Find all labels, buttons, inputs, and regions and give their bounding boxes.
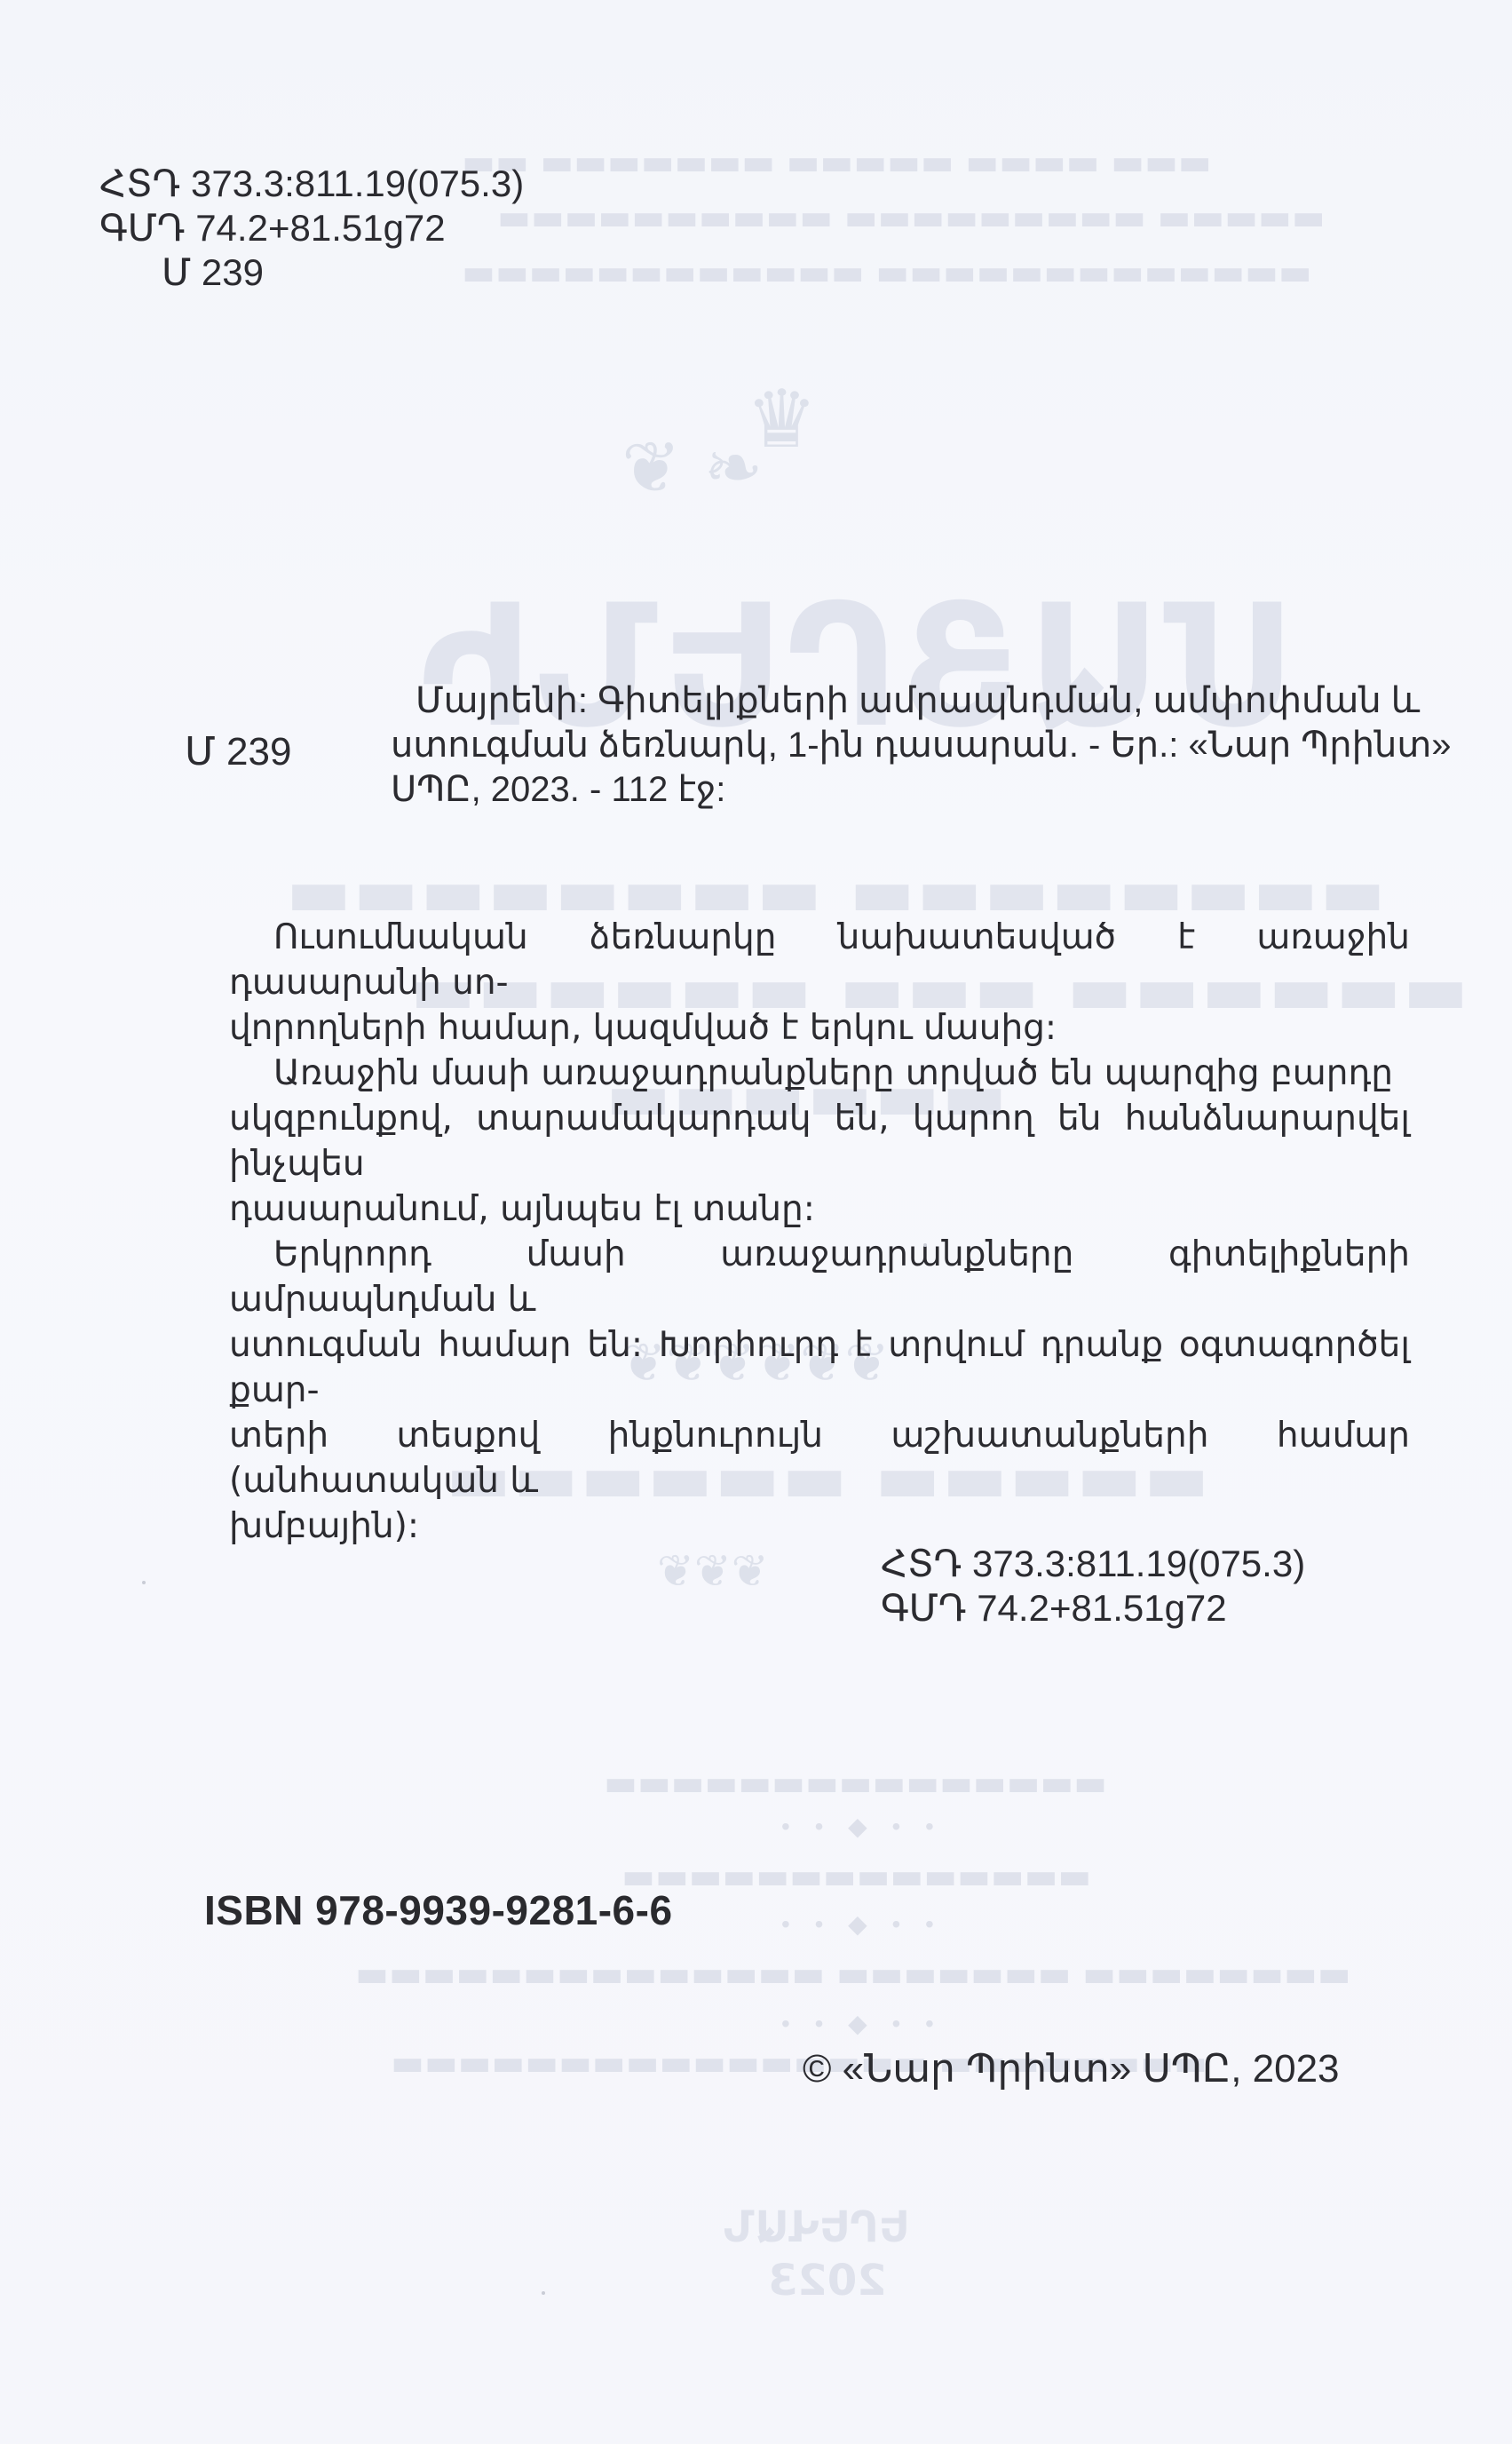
show-through-city: ԵՐԵՎԱՆ bbox=[724, 2202, 910, 2252]
annotation-paragraph: Ուսումնական ձեռնարկը նախատեսված է առաջին… bbox=[229, 915, 1410, 1051]
lbc-code: ԳՄԴ 74.2+81.51g72 bbox=[99, 206, 524, 250]
annotation-paragraph: Առաջին մասի առաջադրանքները տրված են պարզ… bbox=[229, 1051, 1410, 1232]
author-mark: Մ 239 bbox=[99, 250, 524, 295]
scan-speck bbox=[542, 2291, 545, 2295]
show-through-year: 2023 bbox=[768, 2256, 887, 2305]
bibliographic-line: ՍՊԸ, 2023. - 112 էջ: bbox=[391, 767, 1452, 812]
dots-divider: • • ◆ • • bbox=[781, 1812, 943, 1841]
annotation-line: սկզբունքով, տարամակարդակ են, կարող են հա… bbox=[229, 1099, 1410, 1184]
udc-code: ՀՏԴ 373.3:811.19(075.3) bbox=[99, 162, 524, 206]
annotation-paragraph: Երկրորդ մասի առաջադրանքները գիտելիքների … bbox=[229, 1232, 1410, 1549]
annotation-line: Առաջին մասի առաջադրանքները տրված են պարզ… bbox=[273, 1053, 1393, 1093]
bibliographic-line: ստուգման ձեռնարկ, 1-ին դասարան. - Եր.: «… bbox=[391, 723, 1452, 767]
isbn: ISBN 978-9939-9281-6-6 bbox=[204, 1886, 673, 1934]
annotation: Ուսումնական ձեռնարկը նախատեսված է առաջին… bbox=[229, 915, 1410, 1549]
show-through-header-line: ▬▬▬▬▬ ▬▬▬▬▬▬▬▬▬ ▬▬▬▬▬▬▬▬▬▬ bbox=[497, 197, 1325, 238]
scan-speck bbox=[142, 1581, 146, 1584]
scan-speck bbox=[923, 1243, 927, 1247]
dots-divider: • • ◆ • • bbox=[781, 2009, 943, 2038]
annotation-line: ստուգման համար են: Խորհուրդ է տրվում դրա… bbox=[229, 1325, 1410, 1410]
show-through-header-line: ▬▬▬▬▬▬▬▬▬▬▬▬▬ ▬▬▬▬▬▬▬▬▬▬▬▬ bbox=[462, 252, 1312, 293]
annotation-line: Ուսումնական ձեռնարկը նախատեսված է առաջին… bbox=[229, 917, 1410, 1003]
bibliographic-entry: Մայրենի: Գիտելիքների ամրապնդման, ամփոփմա… bbox=[391, 678, 1452, 812]
bibliographic-line: Մայրենի: Գիտելիքների ամրապնդման, ամփոփմա… bbox=[391, 678, 1452, 723]
classification-block-top: ՀՏԴ 373.3:811.19(075.3) ԳՄԴ 74.2+81.51g7… bbox=[99, 162, 524, 295]
annotation-line: դասարանում, այնպես էլ տանը: bbox=[229, 1189, 815, 1229]
dots-divider: • • ◆ • • bbox=[781, 1909, 943, 1939]
bibliographic-author-mark: Մ 239 bbox=[185, 730, 291, 774]
show-through-credit-line: ▬▬▬▬▬▬▬▬▬▬▬▬▬▬▬ bbox=[604, 1763, 1107, 1804]
annotation-line: վորողների համար, կազմված է երկու մասից: bbox=[229, 1008, 1057, 1048]
annotation-line: խմբային): bbox=[229, 1506, 419, 1546]
show-through-credit-line: ▬▬▬▬▬▬▬▬ ▬▬▬▬▬▬▬ ▬▬▬▬▬▬▬▬▬▬▬▬▬▬ bbox=[355, 1954, 1350, 1995]
flourish-ornament-icon: ❦ ❧ bbox=[621, 426, 764, 509]
show-through-credit-line: ▬▬▬▬▬▬▬▬▬▬▬▬▬▬ bbox=[621, 1856, 1091, 1897]
annotation-line: տերի տեսքով ինքնուրույն աշխատանքների համ… bbox=[229, 1416, 1410, 1501]
show-through-header-line: ▬▬▬ ▬▬▬▬ ▬▬▬▬▬ ▬▬▬▬▬▬▬ ▬▬ bbox=[462, 142, 1212, 183]
divider-ornament-icon: ❦❦❦ bbox=[657, 1545, 769, 1597]
annotation-line: Երկրորդ մասի առաջադրանքները գիտելիքների … bbox=[229, 1234, 1410, 1320]
classification-block-bottom: ՀՏԴ 373.3:811.19(075.3) ԳՄԴ 74.2+81.51g7… bbox=[881, 1542, 1305, 1631]
copyright-notice: © «Նար Պրինտ» ՍՊԸ, 2023 bbox=[803, 2046, 1340, 2091]
udc-code: ՀՏԴ 373.3:811.19(075.3) bbox=[881, 1542, 1305, 1586]
lbc-code: ԳՄԴ 74.2+81.51g72 bbox=[881, 1586, 1305, 1631]
book-imprint-page: ▬▬▬ ▬▬▬▬ ▬▬▬▬▬ ▬▬▬▬▬▬▬ ▬▬ ▬▬▬▬▬ ▬▬▬▬▬▬▬▬… bbox=[0, 0, 1512, 2444]
